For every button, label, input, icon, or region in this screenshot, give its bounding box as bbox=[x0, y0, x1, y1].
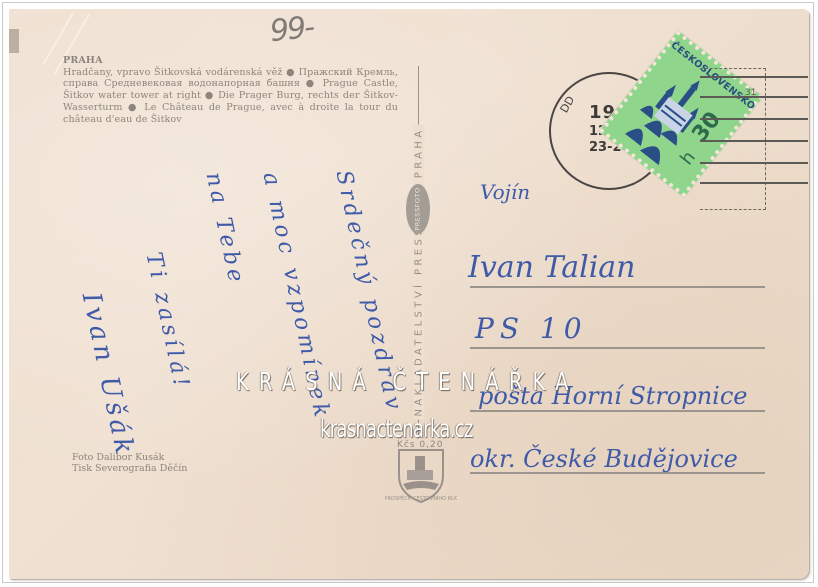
address-rank: Vojín bbox=[480, 180, 530, 204]
address-name: Ivan Talian bbox=[468, 250, 636, 285]
address-line bbox=[470, 410, 765, 412]
print-credit: Tisk Severografia Děčín bbox=[72, 463, 187, 474]
pressfoto-logo: PRESSFOTO bbox=[406, 184, 430, 234]
corner-wear bbox=[9, 29, 19, 53]
pencil-number: 99- bbox=[268, 10, 314, 49]
caption-text: Hradčany, vpravo Šitkovská vodárenská vě… bbox=[63, 67, 398, 125]
tourism-seal-icon: VE PROSPĚCH CESTOVNÍHO RUCHU bbox=[385, 442, 457, 504]
address-line bbox=[470, 347, 765, 349]
pressfoto-label: PRESSFOTO bbox=[414, 187, 422, 230]
watermark-url[interactable]: krasnactenarka.cz bbox=[320, 414, 473, 443]
address-district: okr. České Budějovice bbox=[470, 445, 738, 473]
address-line bbox=[470, 286, 765, 288]
svg-text:VE PROSPĚCH CESTOVNÍHO RUCHU: VE PROSPĚCH CESTOVNÍHO RUCHU bbox=[385, 494, 457, 502]
address-unit: PS 10 bbox=[475, 312, 588, 345]
caption-title: PRAHA bbox=[63, 55, 398, 67]
postmark-code: DD bbox=[558, 94, 578, 115]
stamp-unit: h bbox=[676, 147, 700, 169]
postcard-caption: PRAHA Hradčany, vpravo Šitkovská vodáren… bbox=[63, 55, 398, 125]
watermark-title: KRÁSNÁ ČTENÁŘKA bbox=[236, 367, 579, 396]
cancellation-lines bbox=[700, 68, 808, 218]
